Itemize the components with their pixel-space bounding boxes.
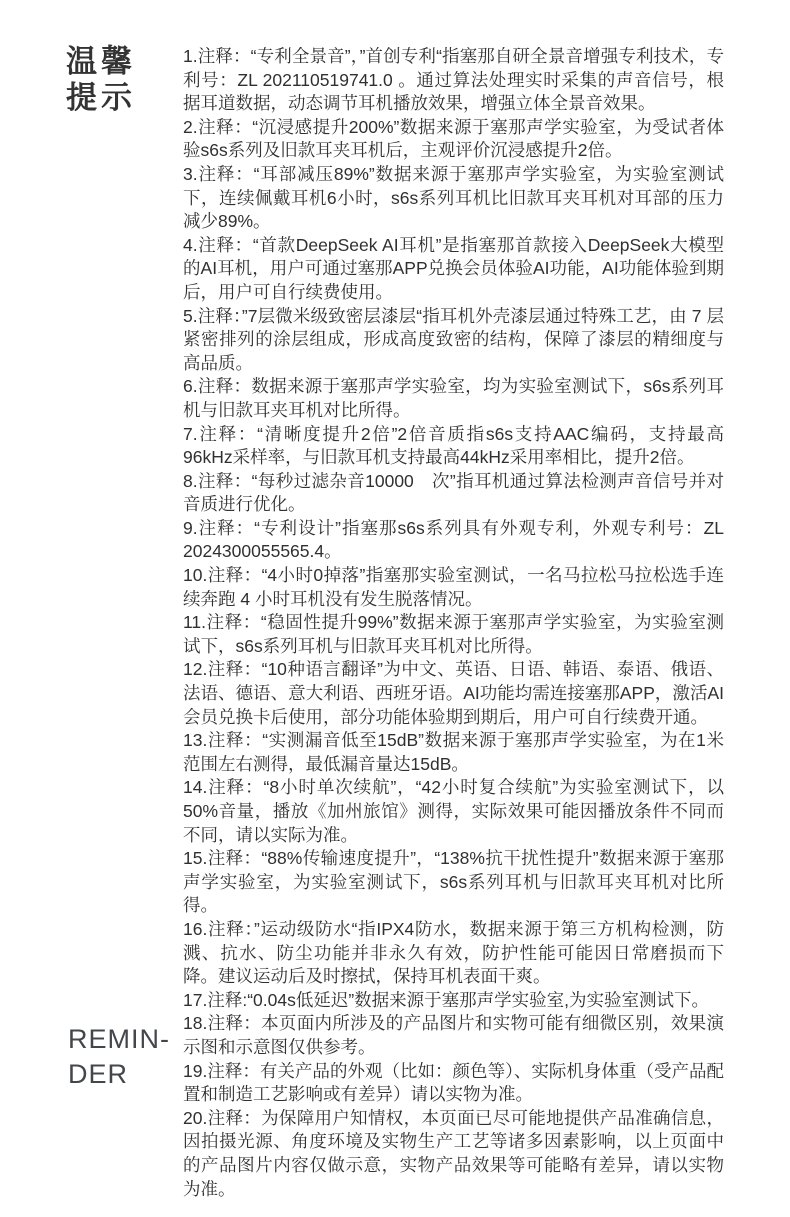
note-item: 14.注释：“8小时单次续航”，“42小时复合续航”为实验室测试下，以50%音量…: [183, 776, 724, 847]
note-item: 3.注释：“耳部减压89%”数据来源于塞那声学实验室，为实验室测试下，连续佩戴耳…: [183, 163, 724, 234]
note-item: 15.注释：“88%传输速度提升”，“138%抗干扰性提升”数据来源于塞那声学实…: [183, 847, 724, 918]
note-item: 17.注释:“0.04s低延迟”数据来源于塞那声学实验室,为实验室测试下。: [183, 989, 724, 1013]
reminder-label-line1: REMIN-: [68, 1022, 170, 1057]
notes-list: 1.注释：“专利全景音”，”首创专利“指塞那自研全景音增强专利技术，专利号：ZL…: [183, 45, 724, 1201]
note-item: 1.注释：“专利全景音”，”首创专利“指塞那自研全景音增强专利技术，专利号：ZL…: [183, 45, 724, 116]
note-item: 2.注释：“沉浸感提升200%”数据来源于塞那声学实验室，为受试者体验s6s系列…: [183, 116, 724, 163]
note-item: 8.注释：“每秒过滤杂音10000 次”指耳机通过算法检测声音信号并对音质进行优…: [183, 470, 724, 517]
note-item: 13.注释：“实测漏音低至15dB”数据来源于塞那声学实验室，为在1米范围左右测…: [183, 729, 724, 776]
note-item: 9.注释：“专利设计”指塞那s6s系列具有外观专利，外观专利号：ZL 20243…: [183, 517, 724, 564]
note-item: 19.注释：有关产品的外观（比如：颜色等）、实际机身体重（受产品配置和制造工艺影…: [183, 1060, 724, 1107]
note-item: 11.注释：“稳固性提升99%”数据来源于塞那声学实验室，为实验室测试下，s6s…: [183, 611, 724, 658]
note-item: 16.注释：”运动级防水“指IPX4防水，数据来源于第三方机构检测，防溅、抗水、…: [183, 918, 724, 989]
note-item: 20.注释：为保障用户知情权，本页面已尽可能地提供产品准确信息，因拍摄光源、角度…: [183, 1107, 724, 1201]
note-item: 10.注释：“4小时0掉落”指塞那实验室测试，一名马拉松马拉松选手连续奔跑 4 …: [183, 564, 724, 611]
note-item: 4.注释：“首款DeepSeek AI耳机”是指塞那首款接入DeepSeek大模…: [183, 234, 724, 305]
note-item: 7.注释：“清晰度提升2倍”2倍音质指s6s支持AAC编码，支持最高96kHz采…: [183, 423, 724, 470]
note-item: 5.注释：”7层微米级致密层漆层“指耳机外壳漆层通过特殊工艺，由 7 层紧密排列…: [183, 305, 724, 376]
reminder-label-line2: DER: [68, 1057, 170, 1092]
reminder-label: REMIN- DER: [68, 1022, 170, 1092]
note-item: 18.注释：本页面内所涉及的产品图片和实物可能有细微区别，效果演示图和示意图仅供…: [183, 1012, 724, 1059]
page-title: 温馨 提示: [66, 44, 136, 116]
page-title-line1: 温馨: [66, 44, 136, 80]
note-item: 12.注释：“10种语言翻译”为中文、英语、日语、韩语、泰语、俄语、法语、德语、…: [183, 658, 724, 729]
page-title-line2: 提示: [66, 80, 136, 116]
note-item: 6.注释：数据来源于塞那声学实验室，均为实验室测试下，s6s系列耳机与旧款耳夹耳…: [183, 375, 724, 422]
